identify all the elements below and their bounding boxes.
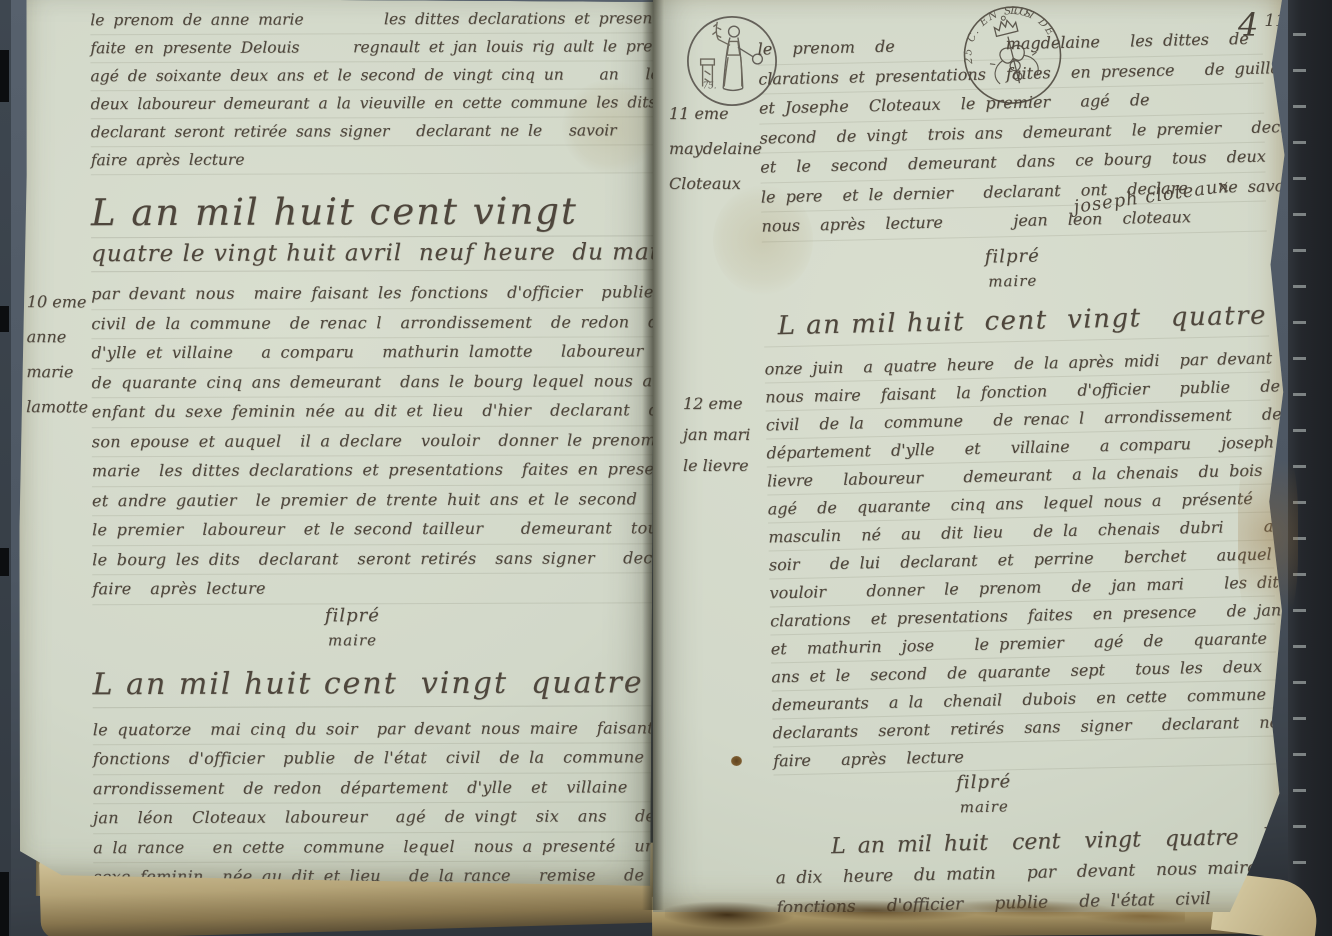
text-line: marie les dittes declarations et present… xyxy=(92,455,658,486)
text-line: deux laboureur demeurant a la vieuville … xyxy=(91,89,657,119)
text-line: jan mari xyxy=(683,419,750,450)
text-line: 12 eme xyxy=(683,388,750,419)
text-line: maire xyxy=(904,793,1064,820)
margin-note-12: 12 emejan marile lievre xyxy=(683,388,750,481)
text-line: filpré xyxy=(903,769,1063,796)
previous-act-continuation: le prenom de anne marie les dittes decla… xyxy=(90,5,657,175)
act-continuation-magdelaine: le prenom de magdelaine les dittes decla… xyxy=(757,25,1266,242)
text-line: le premier laboureur et le second taille… xyxy=(92,514,658,545)
act-body-anne-marie: par devant nous maire faisant les foncti… xyxy=(91,278,658,604)
book-gutter xyxy=(642,0,664,910)
text-line: faire après lecture xyxy=(92,573,658,604)
right-page-text: le prenom de magdelaine les dittes decla… xyxy=(757,25,1281,923)
text-line: filpré xyxy=(272,604,432,629)
text-line: L an mil huit cent vingt quatre xyxy=(93,661,659,708)
text-line: 11 eme xyxy=(669,96,762,131)
text-line: maire xyxy=(933,267,1093,294)
left-frame-marks xyxy=(0,0,11,936)
text-line: Cloteaux xyxy=(669,166,762,201)
act-heading-1824-may: L an mil huit cent vingt quatre xyxy=(93,661,659,708)
act-heading-1824-april: L an mil huit cent vingtquatre le vingt … xyxy=(91,187,657,272)
text-line: faite en presente Delouis regnault et ja… xyxy=(90,33,656,63)
text-line: et andre gautier le premier de trente hu… xyxy=(92,485,658,516)
mayor-signature: filprémaire xyxy=(932,243,1093,294)
ruler-strip xyxy=(1288,0,1332,936)
text-line: lamotte xyxy=(26,389,88,424)
text-line: 10 eme xyxy=(27,284,89,319)
text-line: quatre le vingt huit avril neuf heure du… xyxy=(91,236,657,272)
text-line: faire après lecture xyxy=(91,145,657,175)
text-line: son epouse et auquel il a declare vouloi… xyxy=(92,426,658,457)
mayor-signature: filprémaire xyxy=(272,604,432,653)
text-line: anne xyxy=(27,319,89,354)
folio-number: 411, xyxy=(1238,6,1291,44)
text-line: L an mil huit cent vingt xyxy=(91,187,657,238)
right-page: 411, 75. xyxy=(653,0,1287,912)
text-line: enfant du sexe feminin née au dit et lie… xyxy=(92,396,658,427)
text-line: agé de soixante deux ans et le second de… xyxy=(90,61,656,91)
text-line: jan léon Cloteaux laboureur agé de vingt… xyxy=(93,802,659,833)
text-line: maydelaine xyxy=(669,131,762,166)
text-line: par devant nous maire faisant les foncti… xyxy=(91,278,657,309)
margin-note-10: 10 emeannemarielamotte xyxy=(26,284,89,424)
text-line: arrondissement de redon département d'yl… xyxy=(93,773,659,804)
mayor-signature: filprémaire xyxy=(903,769,1064,820)
text-line: de quarante cinq ans demeurant dans le b… xyxy=(92,367,658,398)
text-line: d'ylle et villaine a comparu mathurin la… xyxy=(91,337,657,368)
left-page-text: le prenom de anne marie les dittes decla… xyxy=(90,5,659,922)
text-line: le lievre xyxy=(683,450,750,481)
text-line: le bourg les dits declarant seront retir… xyxy=(92,544,658,575)
text-line: le quatorze mai cinq du soir par devant … xyxy=(93,714,659,745)
margin-note-11: 11 ememaydelaineCloteaux xyxy=(669,96,762,201)
manuscript-scan: 10 emeannemarielamotte le prenom de anne… xyxy=(0,0,1332,936)
text-line: civil de la commune de renac l arrondiss… xyxy=(91,308,657,339)
folio-number-main: 4 xyxy=(1238,6,1258,44)
text-line: fonctions d'officier publie de l'état ci… xyxy=(93,743,659,774)
stamp-denomination: 75. xyxy=(703,81,717,91)
left-page: 10 emeannemarielamotte le prenom de anne… xyxy=(17,0,655,886)
text-line: declarant seront retirée sans signer dec… xyxy=(91,117,657,147)
bottom-stain xyxy=(665,879,1186,936)
act-body-jan-mari: onze juin a quatre heure de la après mid… xyxy=(764,344,1278,775)
text-line: filpré xyxy=(932,243,1092,270)
text-line: marie xyxy=(26,354,88,389)
text-line: maire xyxy=(272,628,432,653)
text-line: le prenom de anne marie les dittes decla… xyxy=(90,5,656,35)
text-line: a la rance en cette commune lequel nous … xyxy=(93,832,659,863)
